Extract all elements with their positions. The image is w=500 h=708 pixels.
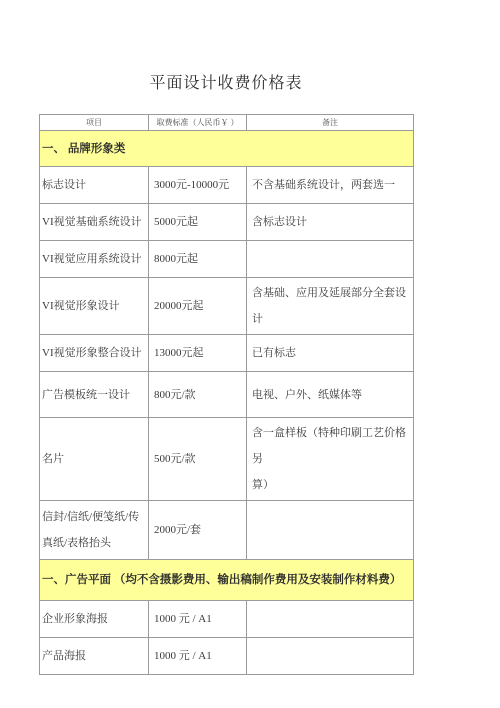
table-row: VI视觉形象整合设计13000元起已有标志: [40, 335, 414, 372]
section-label: 一、 品牌形象类: [40, 131, 414, 167]
table-row: VI视觉形象设计20000元起含基础、应用及延展部分全套设计: [40, 278, 414, 335]
cell-price: 1000 元 / A1: [149, 638, 247, 675]
table-header-row: 项目 取费标准（人民币￥ ） 备注: [40, 115, 414, 131]
cell-price: 3000元-10000元: [149, 167, 247, 204]
cell-remark: [247, 601, 414, 638]
cell-price: 20000元起: [149, 278, 247, 335]
section-label: 一、广告平面 （均不含摄影费用、输出稿制作费用及安装制作材料费）: [40, 560, 414, 601]
cell-item: VI视觉形象设计: [40, 278, 149, 335]
cell-price: 800元/款: [149, 372, 247, 418]
column-header-price: 取费标准（人民币￥ ）: [149, 115, 247, 131]
cell-remark: [247, 638, 414, 675]
table-row: 企业形象海报1000 元 / A1: [40, 601, 414, 638]
table-row: 标志设计3000元-10000元不含基础系统设计，两套选一: [40, 167, 414, 204]
cell-remark: 含基础、应用及延展部分全套设计: [247, 278, 414, 335]
cell-item: 信封/信纸/便笺纸/传 真纸/表格抬头: [40, 501, 149, 560]
cell-price: 2000元/套: [149, 501, 247, 560]
section-header-row: 一、广告平面 （均不含摄影费用、输出稿制作费用及安装制作材料费）: [40, 560, 414, 601]
cell-item: VI视觉应用系统设计: [40, 241, 149, 278]
table-body: 一、 品牌形象类标志设计3000元-10000元不含基础系统设计，两套选一VI视…: [40, 131, 414, 675]
table-row: VI视觉应用系统设计8000元起: [40, 241, 414, 278]
cell-item: 标志设计: [40, 167, 149, 204]
cell-item: 产品海报: [40, 638, 149, 675]
price-table: 项目 取费标准（人民币￥ ） 备注 一、 品牌形象类标志设计3000元-1000…: [39, 114, 414, 675]
cell-price: 13000元起: [149, 335, 247, 372]
cell-price: 1000 元 / A1: [149, 601, 247, 638]
table-row: 产品海报1000 元 / A1: [40, 638, 414, 675]
cell-remark: [247, 241, 414, 278]
cell-remark: 含标志设计: [247, 204, 414, 241]
cell-price: 500元/款: [149, 418, 247, 501]
cell-price: 5000元起: [149, 204, 247, 241]
section-header-row: 一、 品牌形象类: [40, 131, 414, 167]
table-row: 名片500元/款含一盒样板（特种印刷工艺价格另 算）: [40, 418, 414, 501]
cell-remark: [247, 501, 414, 560]
column-header-remark: 备注: [247, 115, 414, 131]
cell-item: VI视觉基础系统设计: [40, 204, 149, 241]
table-row: 信封/信纸/便笺纸/传 真纸/表格抬头2000元/套: [40, 501, 414, 560]
cell-price: 8000元起: [149, 241, 247, 278]
cell-remark: 已有标志: [247, 335, 414, 372]
cell-item: 名片: [40, 418, 149, 501]
cell-remark: 不含基础系统设计，两套选一: [247, 167, 414, 204]
table-row: VI视觉基础系统设计5000元起含标志设计: [40, 204, 414, 241]
cell-item: 企业形象海报: [40, 601, 149, 638]
document-page: 平面设计收费价格表 项目 取费标准（人民币￥ ） 备注 一、 品牌形象类标志设计…: [0, 0, 500, 708]
page-title: 平面设计收费价格表: [39, 70, 413, 93]
column-header-item: 项目: [40, 115, 149, 131]
cell-remark: 含一盒样板（特种印刷工艺价格另 算）: [247, 418, 414, 501]
table-row: 广告模板统一设计800元/款电视、户外、纸媒体等: [40, 372, 414, 418]
cell-remark: 电视、户外、纸媒体等: [247, 372, 414, 418]
cell-item: VI视觉形象整合设计: [40, 335, 149, 372]
cell-item: 广告模板统一设计: [40, 372, 149, 418]
